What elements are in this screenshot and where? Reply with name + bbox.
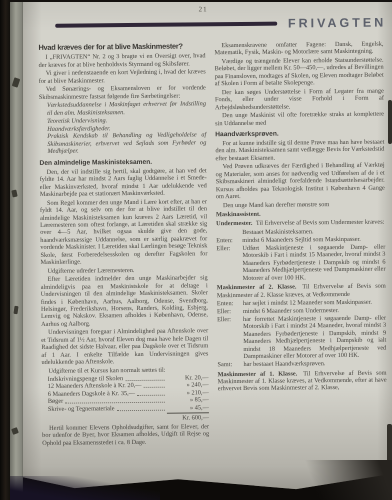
cost-total-amount: Kr. 600,— — [167, 413, 209, 423]
clause-label: Enten: — [217, 300, 243, 308]
intro-paragraph: Ved Sønærings- og Eksamensloven er for v… — [39, 85, 206, 102]
body-paragraph: Den unge Maskinist vil ofte foretrække s… — [215, 111, 384, 128]
masthead: FRIVAGTEN — [55, 16, 386, 33]
clause-label: Samt: — [217, 361, 243, 369]
book-spine — [0, 0, 10, 500]
cost-label: Bøger — [48, 398, 63, 406]
rank-maskinassistent: Maskinassistent. — [216, 210, 385, 219]
body-paragraph: Eksamenskravene omfatter Fagene: Dansk, … — [214, 41, 383, 58]
page-content: 21 FRIVAGTEN Hvad kræves der for at bliv… — [23, 1, 392, 499]
dot-leader — [137, 395, 165, 396]
magazine-page: 21 FRIVAGTEN Hvad kræves der for at bliv… — [23, 2, 392, 496]
requirement-item: Værkstedsuddannelse i Maskinfaget erhver… — [39, 100, 206, 117]
requirements-list: Værkstedsuddannelse i Maskinfaget erhver… — [39, 100, 207, 155]
clause-label: Eller: — [217, 308, 243, 316]
clause-label: Enten: — [216, 237, 242, 245]
clause-label: Eller: — [216, 245, 242, 283]
section-heading-haandvaerksproven: Haandværksprøven. — [215, 130, 384, 139]
body-paragraph: Den, der vil indstille sig hertil, skal … — [40, 167, 207, 198]
clause-text: har forrettet Maskintjeneste i søgaaende… — [243, 314, 386, 360]
scanned-magazine-photo: 21 FRIVAGTEN Hvad kræves der for at bliv… — [0, 0, 392, 500]
rank-title: Maskinassistent. — [216, 211, 261, 218]
clause-text: Udført Maskintjeneste i søgaaende Damp- … — [242, 243, 385, 282]
page-edge-stack — [10, 2, 23, 496]
clause-label: Eller: — [217, 316, 243, 361]
dot-leader — [117, 410, 165, 411]
masthead-rule — [55, 21, 277, 28]
rank-clause: Samt: har bestaaet Haandværksprøven. — [217, 360, 386, 369]
body-paragraph: For at kunne indstille sig til denne Prø… — [215, 139, 384, 163]
dot-leader — [125, 380, 164, 381]
body-paragraph: Undervisningen foregaar i Almindelighed … — [41, 328, 208, 367]
cost-table: Indskrivningspenge til Skolen Kr. 20,— 1… — [42, 374, 209, 423]
right-column: Eksamenskravene omfatter Fagene: Dansk, … — [214, 41, 387, 447]
rank-clause: Eller: har forrettet Maskintjeneste i sø… — [217, 314, 386, 360]
article-title: Hvad kræves der for at blive Maskinmeste… — [38, 42, 205, 51]
body-paragraph: Ved Prøven udkræves der Færdighed i Beha… — [216, 162, 385, 201]
rank-maskinmester-2-klasse: Maskinmester af 2. Klasse. Til Erhvervel… — [217, 283, 386, 300]
cost-label: 6 Maaneders Dagskole à Kr. 35,— — [48, 390, 135, 398]
requirement-item: Praktisk Kendskab til Behandling og Vedl… — [39, 132, 206, 156]
article-body: Hvad kræves der for at blive Maskinmeste… — [38, 41, 387, 448]
transition-paragraph: Den unge Mand kan derefter mønstre som — [216, 200, 385, 209]
body-paragraph: Der kan søges Understøttelse i Form af L… — [215, 87, 384, 111]
masthead-title: FRIVAGTEN — [288, 16, 386, 31]
rank-lead: Til Erhvervelse af Bevis som Undermester… — [256, 219, 385, 227]
dot-leader — [144, 387, 165, 388]
body-paragraph: Efter Læretiden indmelder den unge Maski… — [41, 274, 208, 328]
closing-paragraph: Hertil kommer Elevens Opholdsudgifter, s… — [42, 423, 209, 447]
cost-amount: » 45,— — [167, 404, 209, 412]
clause-text: har bestaaet Haandværksprøven. — [243, 360, 386, 369]
cost-label: Skrive- og Tegnemateriale — [48, 405, 115, 413]
cost-total-row: Kr. 600,— — [42, 413, 209, 424]
body-paragraph: Som Regel kommer den unge Mand i Lære ko… — [40, 198, 208, 267]
page-number: 21 — [38, 4, 368, 15]
intro-paragraph: I „FRIVAGTEN“ Nr. 2 og 3 bragte vi en Ov… — [38, 53, 205, 70]
rank-title: Undermester. — [216, 220, 252, 227]
rank-maskinmester-1-klasse: Maskinmester af 1. Klasse. Til Erhvervel… — [218, 369, 387, 393]
body-paragraph: Værdige og trængende Elever kan erholde … — [215, 57, 384, 88]
intro-paragraph: Vi giver i nedenstaaende en kort Vejledn… — [39, 69, 206, 86]
rank-clause: Eller: Udført Maskintjeneste i søgaaende… — [216, 243, 385, 282]
left-column: Hvad kræves der for at blive Maskinmeste… — [38, 42, 209, 448]
section-heading-maskinisteksamen: Den almindelige Maskinisteksamen. — [40, 158, 207, 167]
